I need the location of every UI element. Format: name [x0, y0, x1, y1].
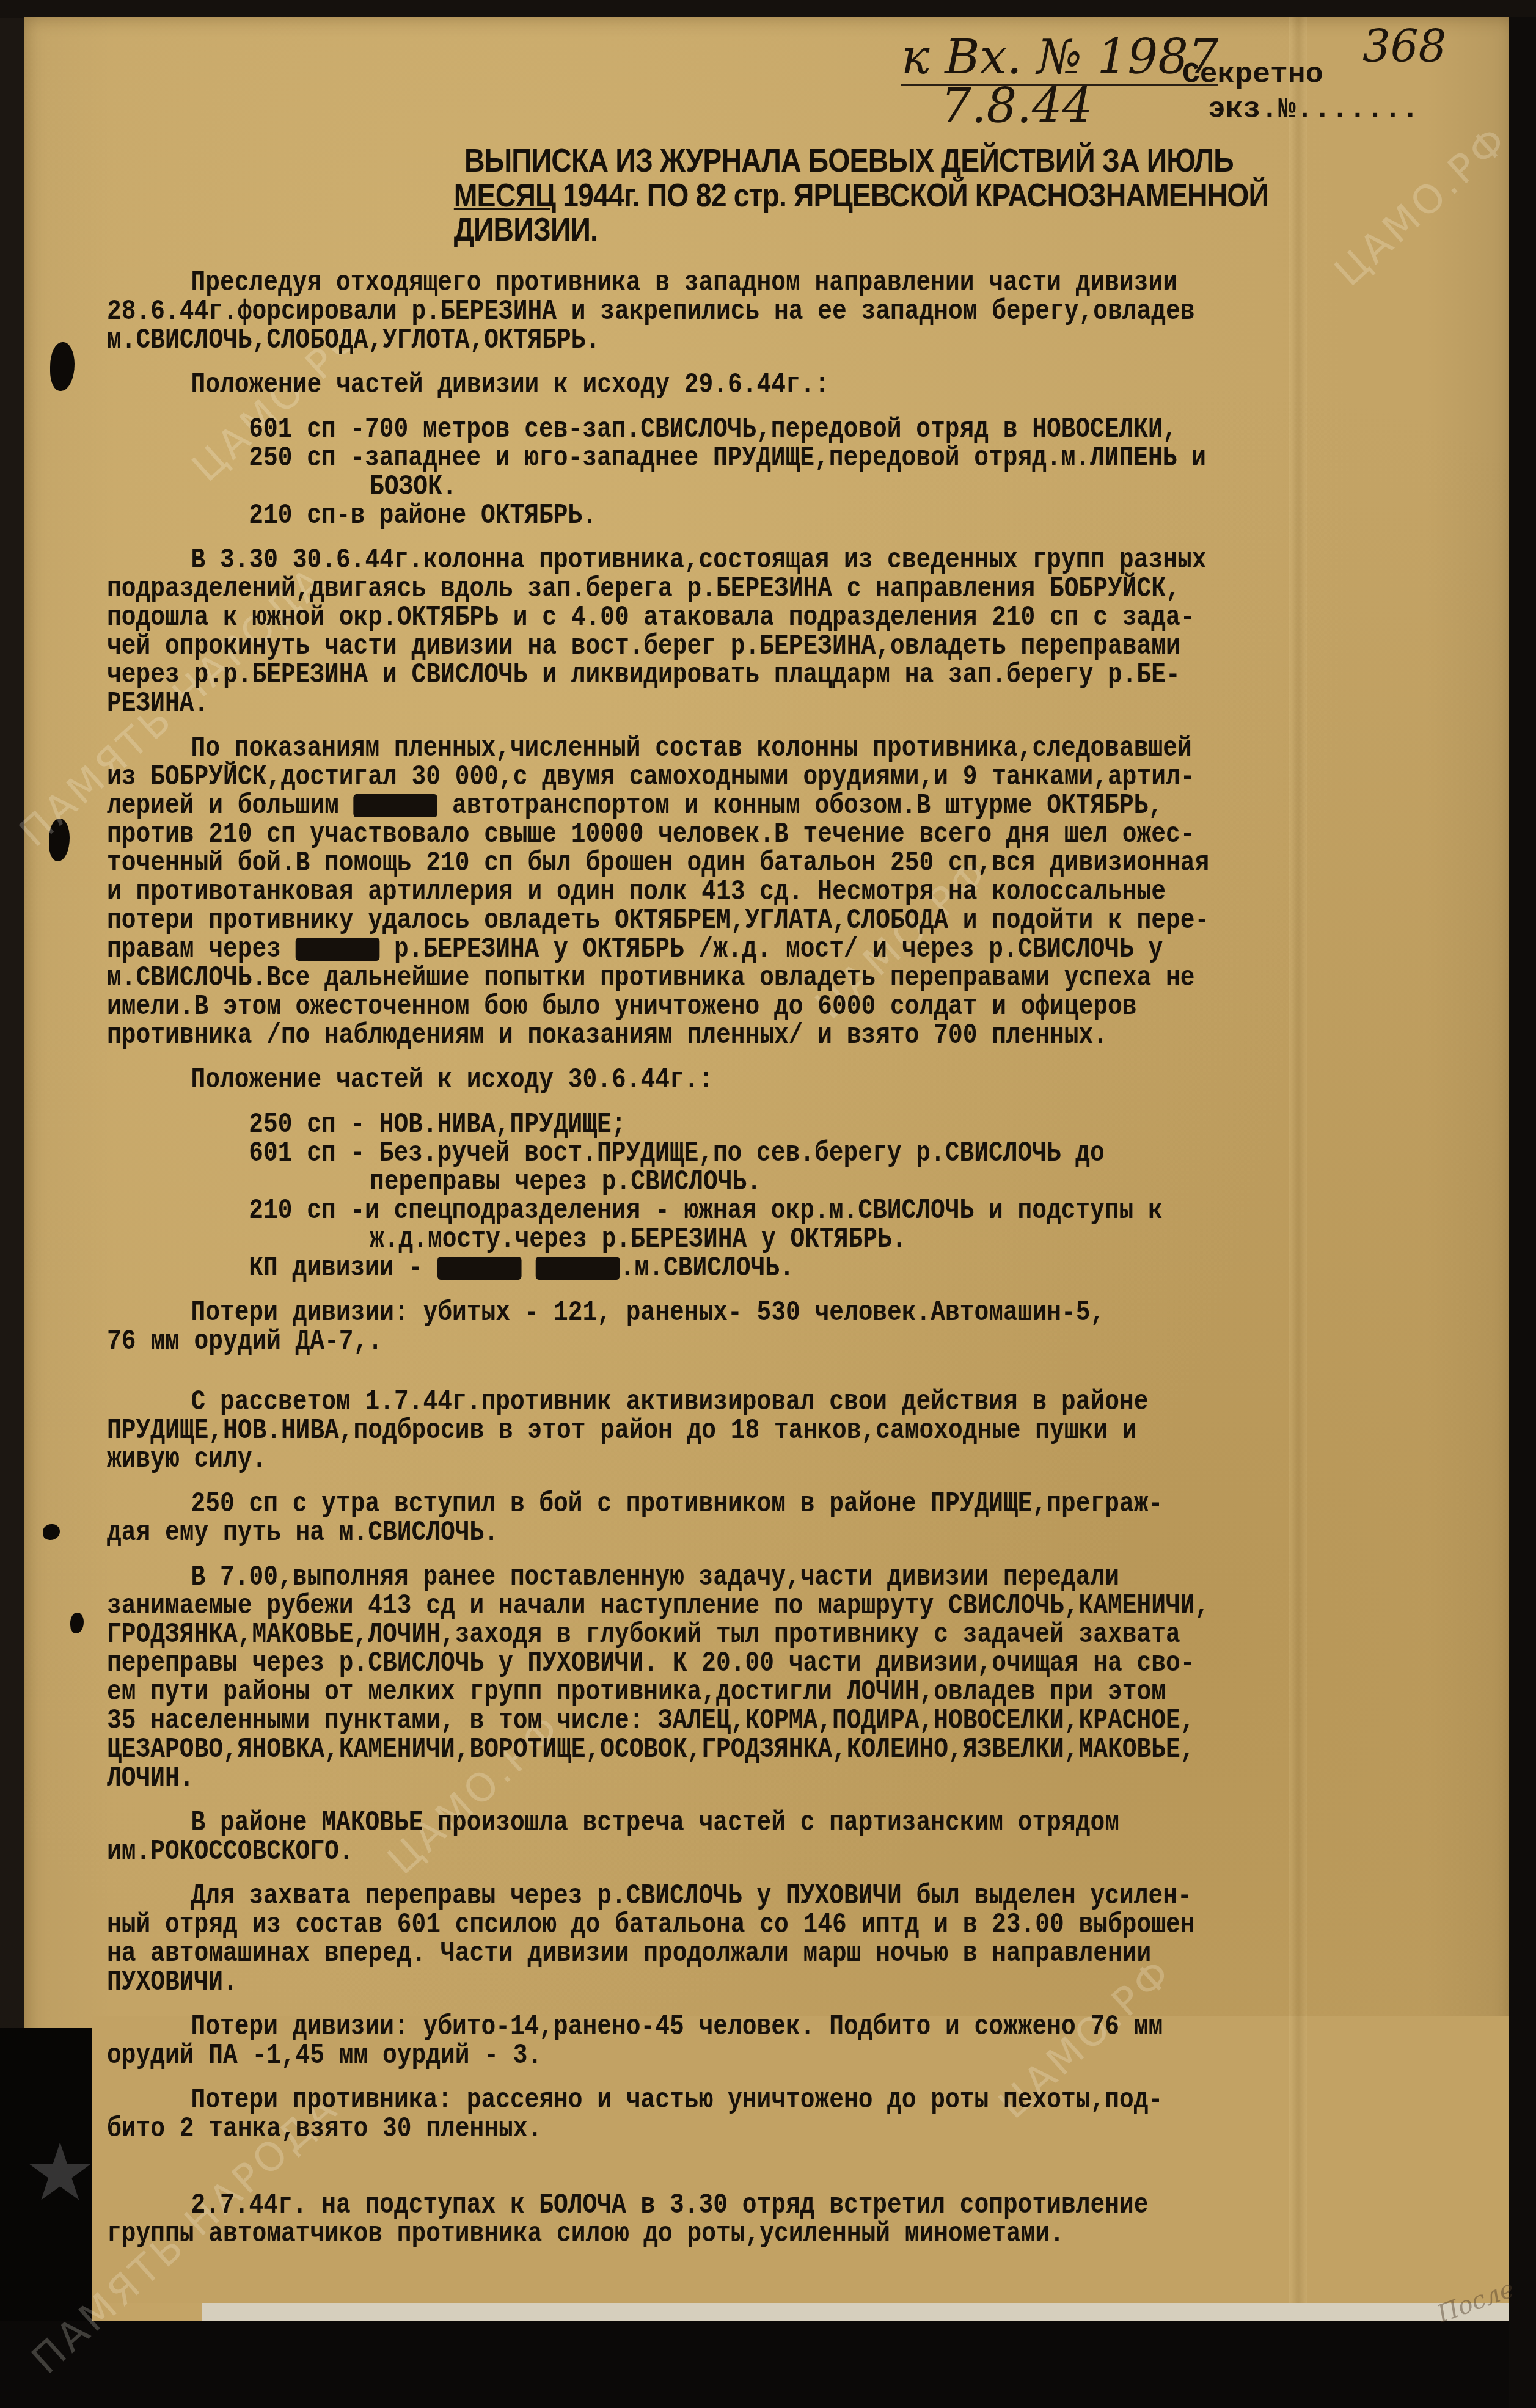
- text-line: на автомашинах вперед. Части дивизии про…: [107, 1939, 1315, 1968]
- text-line: ГРОДЗЯНКА,МАКОВЬЕ,ЛОЧИН,заходя в глубоки…: [107, 1621, 1315, 1649]
- title-line-2: МЕСЯЦ 1944г. ПО 82 стр. ЯРЦЕВСКОЙ КРАСНО…: [454, 178, 1384, 247]
- text-line: точенный бой.В помощь 210 сп был брошен …: [107, 849, 1315, 878]
- text-line: Потери дивизии: убитых - 121, раненых- 5…: [107, 1299, 1315, 1327]
- struck-out-text: [354, 794, 438, 817]
- text-line: ж.д.мосту.через р.БЕРЕЗИНА у ОКТЯБРЬ.: [107, 1225, 1315, 1254]
- text-line: через р.р.БЕРЕЗИНА и СВИСЛОЧЬ и ликвидир…: [107, 661, 1315, 690]
- text-line: 250 сп -западнее и юго-западнее ПРУДИЩЕ,…: [107, 444, 1315, 473]
- star-emblem-icon: ★: [24, 2126, 96, 2219]
- paragraph-gap: [107, 2159, 1512, 2175]
- text-line: 210 сп-в районе ОКТЯБРЬ.: [107, 502, 1315, 530]
- text-line: ем пути районы от мелких групп противник…: [107, 1678, 1315, 1707]
- title-line-1: ВЫПИСКА ИЗ ЖУРНАЛА БОЕВЫХ ДЕЙСТВИЙ ЗА ИЮ…: [464, 144, 1384, 178]
- text-line: БОЗОК.: [107, 473, 1315, 502]
- text-line: имели.В этом ожесточенном бою было уничт…: [107, 993, 1315, 1021]
- text-line: КП дивизии - .м.СВИСЛОЧЬ.: [107, 1254, 1315, 1283]
- text-line: правам через р.БЕРЕЗИНА у ОКТЯБРЬ /ж.д. …: [107, 935, 1315, 964]
- copy-number: экз.№.......: [1182, 93, 1419, 128]
- text-line: против 210 сп участвовало свыше 10000 че…: [107, 820, 1315, 849]
- scan-edge-right: [1509, 17, 1536, 2408]
- title-rest: 1944г. ПО 82 стр. ЯРЦЕВСКОЙ КРАСНОЗНАМЕН…: [454, 177, 1268, 249]
- text-line: живую силу.: [107, 1445, 1315, 1474]
- struck-out-text: [296, 938, 380, 961]
- struck-out-text: [536, 1257, 620, 1280]
- text-line: Положение частей дивизии к исходу 29.6.4…: [107, 371, 1315, 400]
- text-line: 76 мм орудий ДА-7,.: [107, 1327, 1315, 1356]
- text-line: им.РОКОССОВСКОГО.: [107, 1837, 1315, 1866]
- title-month: МЕСЯЦ: [454, 177, 555, 214]
- text-line: В 3.30 30.6.44г.колонна противника,состо…: [107, 546, 1315, 575]
- text-line: лерией и большим автотранспортом и конны…: [107, 792, 1315, 820]
- text-line: Преследуя отходящего противника в западн…: [107, 269, 1315, 297]
- text-line: противника /по наблюдениям и показаниям …: [107, 1021, 1315, 1050]
- text-line: из БОБРУЙСК,достигал 30 000,с двумя само…: [107, 763, 1315, 792]
- document-body: Преследуя отходящего противника в западн…: [107, 269, 1512, 2249]
- scan-edge-bottom: [0, 2321, 1536, 2408]
- text-line: м.СВИСЛОЧЬ,СЛОБОДА,УГЛОТА,ОКТЯБРЬ.: [107, 326, 1315, 355]
- text-line: 601 сп - Без.ручей вост.ПРУДИЩЕ,по сев.б…: [107, 1139, 1315, 1168]
- text-line: Для захвата переправы через р.СВИСЛОЧЬ у…: [107, 1882, 1315, 1911]
- text-line: В районе МАКОВЬЕ произошла встреча часте…: [107, 1809, 1315, 1837]
- text-line: потери противнику удалось овладеть ОКТЯБ…: [107, 907, 1315, 935]
- text-line: По показаниям пленных,численный состав к…: [107, 734, 1315, 763]
- text-line: переправы через р.СВИСЛОЧЬ у ПУХОВИЧИ. К…: [107, 1649, 1315, 1678]
- incoming-date: 7.8.44: [941, 82, 1092, 130]
- text-line: РЕЗИНА.: [107, 690, 1315, 718]
- text-line: дая ему путь на м.СВИСЛОЧЬ.: [107, 1519, 1315, 1547]
- text-line: подразделений,двигаясь вдоль зап.берега …: [107, 575, 1315, 604]
- paragraph-gap: [107, 2143, 1512, 2159]
- text-line: занимаемые рубежи 413 сд и начали наступ…: [107, 1592, 1315, 1621]
- text-line: ПУХОВИЧИ.: [107, 1968, 1315, 1997]
- text-line: 250 сп с утра вступил в бой с противнико…: [107, 1490, 1315, 1519]
- text-line: чей опрокинуть части дивизии на вост.бер…: [107, 632, 1315, 661]
- text-line: ный отряд из состав 601 спсилою до батал…: [107, 1911, 1315, 1939]
- text-line: ПРУДИЩЕ,НОВ.НИВА,подбросив в этот район …: [107, 1417, 1315, 1445]
- text-line: В 7.00,выполняя ранее поставленную задач…: [107, 1563, 1315, 1592]
- text-line: орудий ПА -1,45 мм оурдий - 3.: [107, 2041, 1315, 2070]
- text-line: переправы через р.СВИСЛОЧЬ.: [107, 1168, 1315, 1197]
- text-line: ЦЕЗАРОВО,ЯНОВКА,КАМЕНИЧИ,ВОРОТИЩЕ,ОСОВОК…: [107, 1735, 1315, 1764]
- struck-out-text: [437, 1257, 522, 1280]
- classification-label: Секретно: [1182, 58, 1419, 93]
- text-line: м.СВИСЛОЧЬ.Все дальнейшие попытки против…: [107, 964, 1315, 993]
- text-line: 28.6.44г.форсировали р.БЕРЕЗИНА и закреп…: [107, 297, 1315, 326]
- text-line: 210 сп -и спецподразделения - южная окр.…: [107, 1197, 1315, 1225]
- document-title: ВЫПИСКА ИЗ ЖУРНАЛА БОЕВЫХ ДЕЙСТВИЙ ЗА ИЮ…: [464, 144, 1384, 247]
- text-line: и противотанковая артиллерия и один полк…: [107, 878, 1315, 907]
- text-line: 601 сп -700 метров сев-зап.СВИСЛОЧЬ,пере…: [107, 415, 1315, 444]
- text-line: Потери дивизии: убито-14,ранено-45 челов…: [107, 2013, 1315, 2041]
- text-line: бито 2 танка,взято 30 пленных.: [107, 2115, 1315, 2143]
- text-line: ЛОЧИН.: [107, 1764, 1315, 1793]
- text-line: 250 сп - НОВ.НИВА,ПРУДИЩЕ;: [107, 1111, 1315, 1139]
- text-line: 2.7.44г. на подступах к БОЛОЧА в 3.30 от…: [107, 2191, 1315, 2220]
- text-line: С рассветом 1.7.44г.противник активизиро…: [107, 1388, 1315, 1417]
- text-line: Потери противника: рассеяно и частью уни…: [107, 2086, 1315, 2115]
- text-line: группы автоматчиков противника силою до …: [107, 2220, 1315, 2249]
- text-line: Положение частей к исходу 30.6.44г.:: [107, 1066, 1315, 1095]
- text-line: подошла к южной окр.ОКТЯБРЬ и с 4.00 ата…: [107, 604, 1315, 632]
- classification-block: Секретно экз.№.......: [1182, 58, 1419, 127]
- paragraph-gap: [107, 1356, 1512, 1372]
- text-line: 35 населенными пунктами, в том числе: ЗА…: [107, 1707, 1315, 1735]
- scan-background: [0, 0, 1536, 18]
